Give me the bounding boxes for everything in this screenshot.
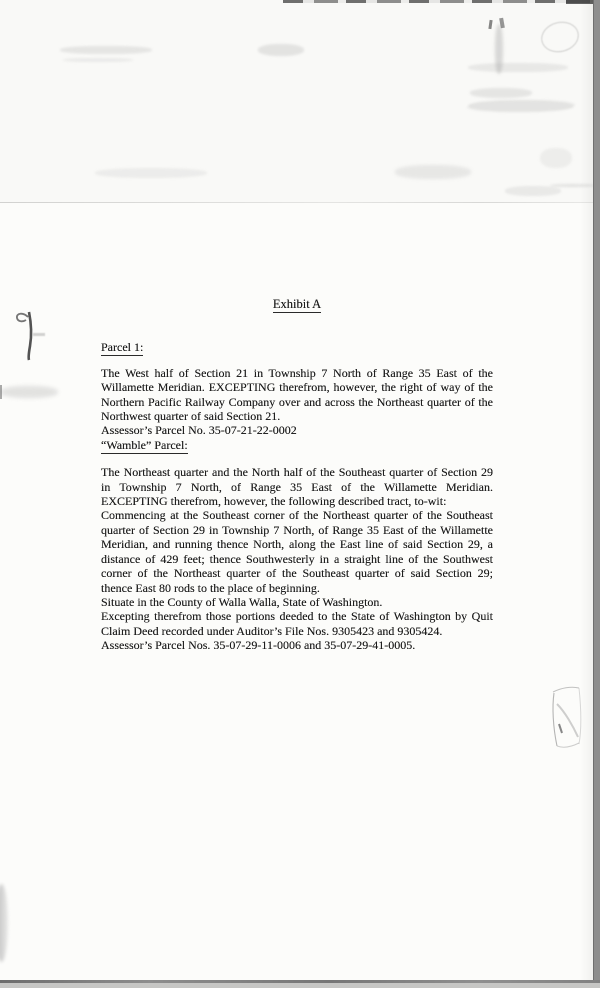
ghost-handwriting bbox=[468, 63, 568, 72]
ghost-smudge bbox=[95, 168, 207, 178]
pencil-tick-mark bbox=[488, 20, 492, 29]
bottom-left-page-curl bbox=[0, 884, 8, 962]
pencil-tick-mark bbox=[33, 333, 45, 336]
wamble-parcel-metes-and-bounds: Commencing at the Southeast corner of th… bbox=[101, 508, 493, 594]
parcel-1-heading: Parcel 1: bbox=[101, 340, 493, 354]
scanner-top-edge-line bbox=[283, 0, 600, 3]
scanned-document-page: Exhibit A Parcel 1: The West half of Sec… bbox=[0, 0, 600, 988]
left-edge-sliver bbox=[0, 385, 2, 399]
scan-overlay-band bbox=[0, 0, 600, 202]
ghost-smudge bbox=[60, 46, 152, 54]
right-edge-shadow bbox=[593, 0, 600, 983]
right-page-shading bbox=[580, 0, 593, 983]
ghost-smudge bbox=[505, 186, 561, 196]
ghost-handwriting bbox=[466, 100, 576, 112]
ghost-smudge bbox=[550, 184, 595, 187]
overlay-sheet-edge-line bbox=[0, 202, 600, 203]
exhibit-title: Exhibit A bbox=[101, 297, 493, 311]
ghost-handwriting bbox=[470, 88, 532, 98]
handwritten-margin-mark bbox=[12, 308, 46, 364]
ghost-smudge bbox=[540, 148, 572, 168]
pencil-tick-mark bbox=[499, 18, 505, 29]
ghost-smudge bbox=[258, 44, 304, 56]
paper-crease-mark bbox=[545, 682, 585, 762]
ghost-smudge bbox=[395, 165, 471, 179]
faint-circle-scribble bbox=[538, 18, 582, 56]
ghost-smudge bbox=[63, 58, 133, 62]
ghost-smudge bbox=[495, 24, 503, 74]
left-margin-smudge bbox=[0, 386, 58, 398]
wamble-parcel-situs: Situate in the County of Walla Walla, St… bbox=[101, 595, 493, 609]
scanner-top-corner-mark bbox=[566, 0, 600, 4]
exhibit-title-text: Exhibit A bbox=[273, 297, 321, 313]
bottom-edge-shadow bbox=[0, 980, 600, 983]
wamble-parcel-heading: “Wamble” Parcel: bbox=[101, 438, 493, 452]
wamble-parcel-heading-text: “Wamble” Parcel: bbox=[101, 438, 188, 454]
wamble-parcel-exception: Excepting therefrom those portions deede… bbox=[101, 609, 493, 638]
parcel-1-assessor-number: Assessor’s Parcel No. 35-07-21-22-0002 bbox=[101, 423, 493, 437]
wamble-parcel-legal-description: The Northeast quarter and the North half… bbox=[101, 465, 493, 508]
parcel-1-legal-description: The West half of Section 21 in Township … bbox=[101, 366, 493, 424]
parcel-1-heading-text: Parcel 1: bbox=[101, 340, 143, 356]
bottom-edge-light-strip bbox=[0, 983, 600, 988]
exhibit-a-document: Exhibit A Parcel 1: The West half of Sec… bbox=[101, 297, 493, 653]
wamble-parcel-assessor-numbers: Assessor’s Parcel Nos. 35-07-29-11-0006 … bbox=[101, 638, 493, 652]
